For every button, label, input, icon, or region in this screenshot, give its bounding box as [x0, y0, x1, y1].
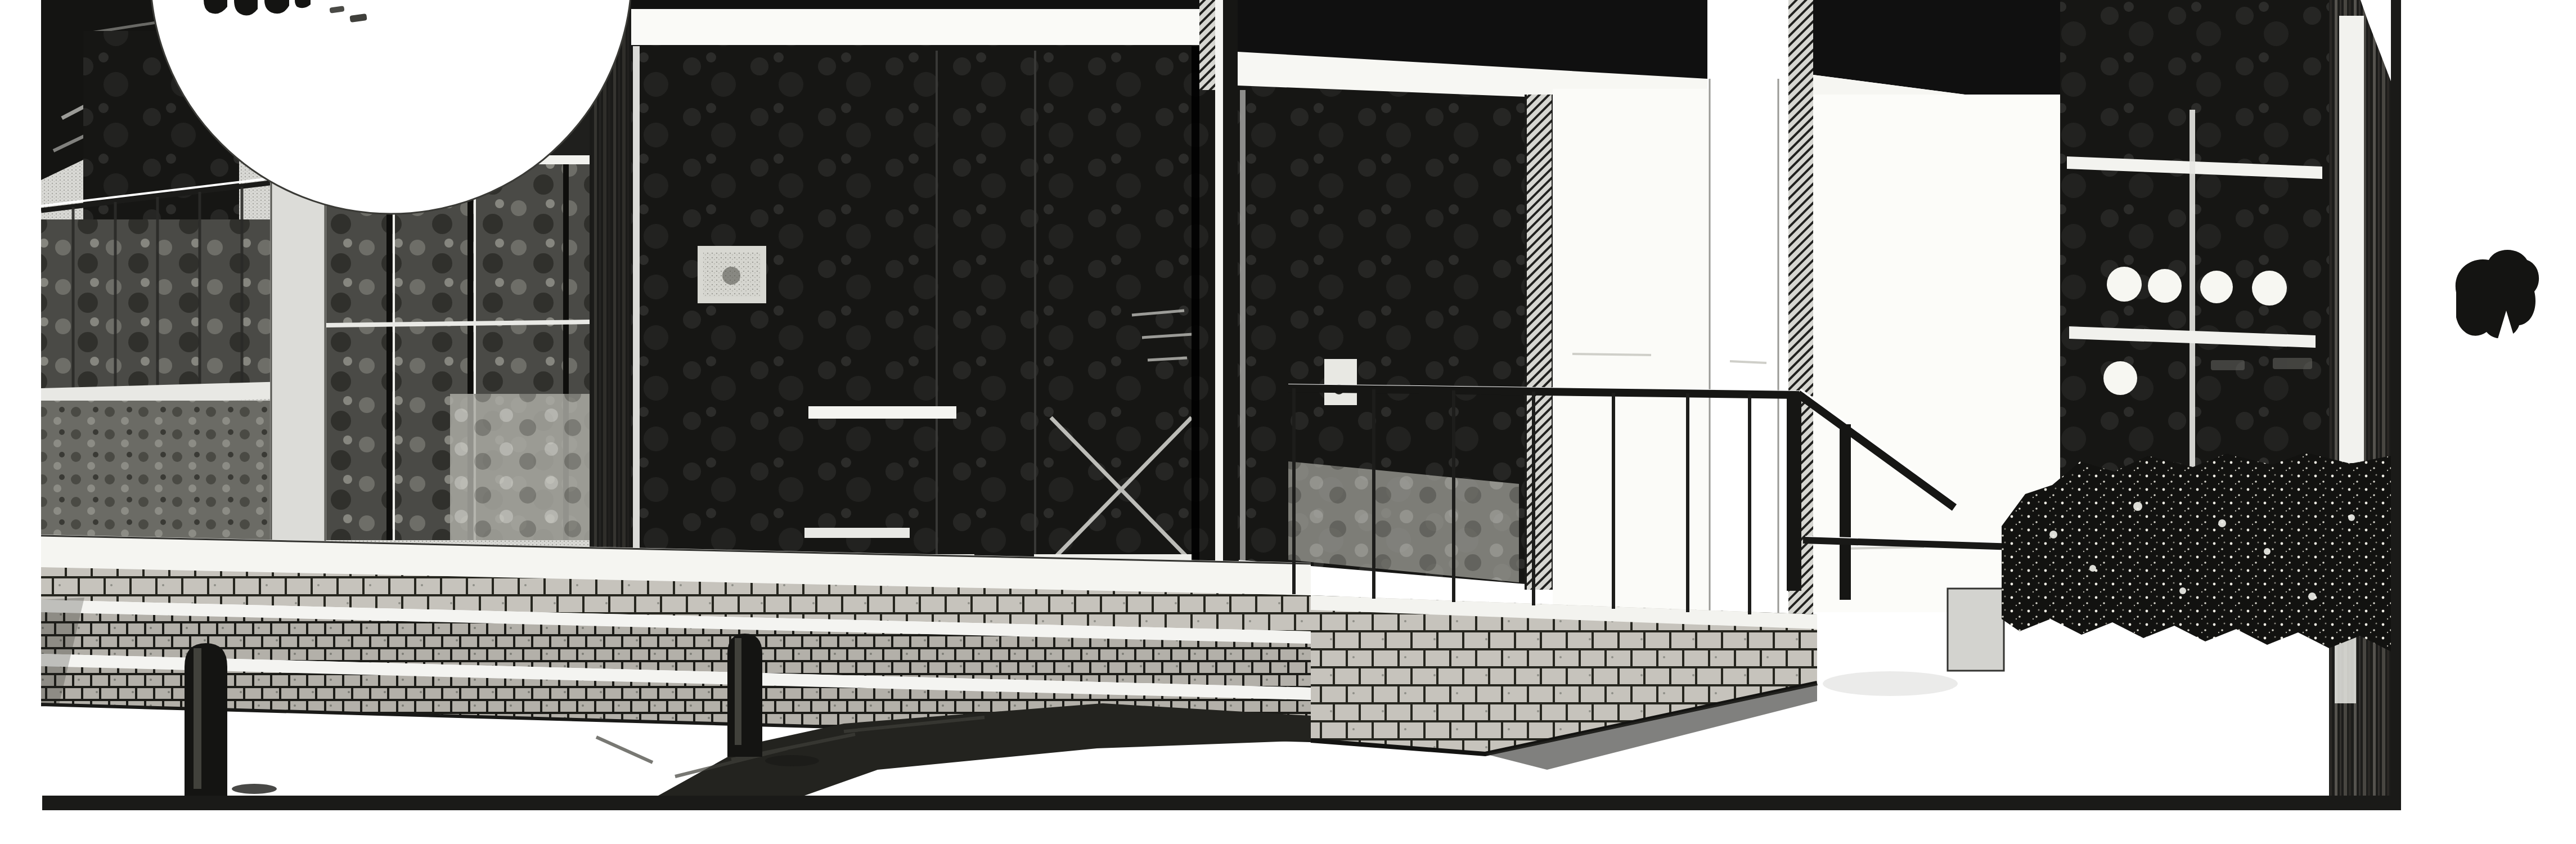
- leaf-speck: [2133, 502, 2142, 511]
- faint-mark: [2211, 360, 2245, 370]
- bollard-right: [727, 634, 762, 757]
- bollard-shadow: [232, 784, 277, 794]
- bollard-highlight: [735, 638, 741, 745]
- leaf-speck: [2218, 519, 2226, 527]
- corner-white-line: [1215, 0, 1223, 568]
- door-lintel-band: [631, 9, 1215, 46]
- white-wall: [1553, 89, 1709, 612]
- corner-post: [1787, 394, 1801, 591]
- white-wall-section: [1553, 0, 2060, 622]
- door-kick-bar: [804, 528, 910, 538]
- manga-panel-page: [0, 0, 2576, 844]
- leaf-speck: [2179, 587, 2186, 594]
- door-top-line: [631, 0, 1215, 10]
- round-light: [2103, 361, 2137, 395]
- hedge: [2002, 452, 2391, 652]
- corner-dark-sliver: [1223, 0, 1239, 569]
- leaf-speck: [2348, 514, 2355, 521]
- door-interior: [631, 45, 1215, 569]
- entry-door-section: [631, 0, 1239, 569]
- door-push-bar: [808, 406, 956, 419]
- round-light: [2200, 271, 2233, 303]
- hatched-pillar: [1526, 95, 1553, 590]
- window-edge-highlight: [1240, 90, 1246, 568]
- bollard-left: [185, 643, 227, 799]
- display-window-glass: [2060, 0, 2332, 491]
- planter-shadow: [1823, 671, 1958, 696]
- round-light: [2252, 271, 2287, 306]
- bollard-shadow: [765, 755, 819, 766]
- white-pillar: [1709, 0, 1779, 616]
- round-light: [2107, 267, 2142, 302]
- panel-canvas: [0, 0, 2576, 844]
- wall-tick: [1572, 354, 1651, 355]
- leaf-speck: [2089, 565, 2096, 572]
- door-frame-left: [633, 46, 640, 569]
- plaque-smudge: [722, 267, 740, 285]
- window-frame-vertical: [2190, 110, 2195, 478]
- interior-sign: [1324, 359, 1357, 405]
- panel-border-bottom: [42, 796, 2401, 810]
- leaf-speck: [2264, 548, 2271, 555]
- stair-post: [1840, 424, 1851, 600]
- end-column-white-strip: [2339, 16, 2364, 463]
- planter-box: [1948, 589, 2004, 671]
- faint-mark: [2273, 358, 2312, 369]
- door-frame-right: [1192, 46, 1199, 569]
- glass-reflection: [450, 394, 590, 540]
- round-light: [2148, 269, 2182, 303]
- bollard-highlight: [194, 648, 201, 789]
- hedge-mass: [2002, 452, 2391, 652]
- panel-border-right: [2391, 0, 2401, 810]
- right-end-column: [2329, 0, 2394, 796]
- leaf-speck: [2308, 592, 2316, 600]
- display-window-section: [2060, 0, 2332, 491]
- leaf-speck: [2049, 531, 2057, 538]
